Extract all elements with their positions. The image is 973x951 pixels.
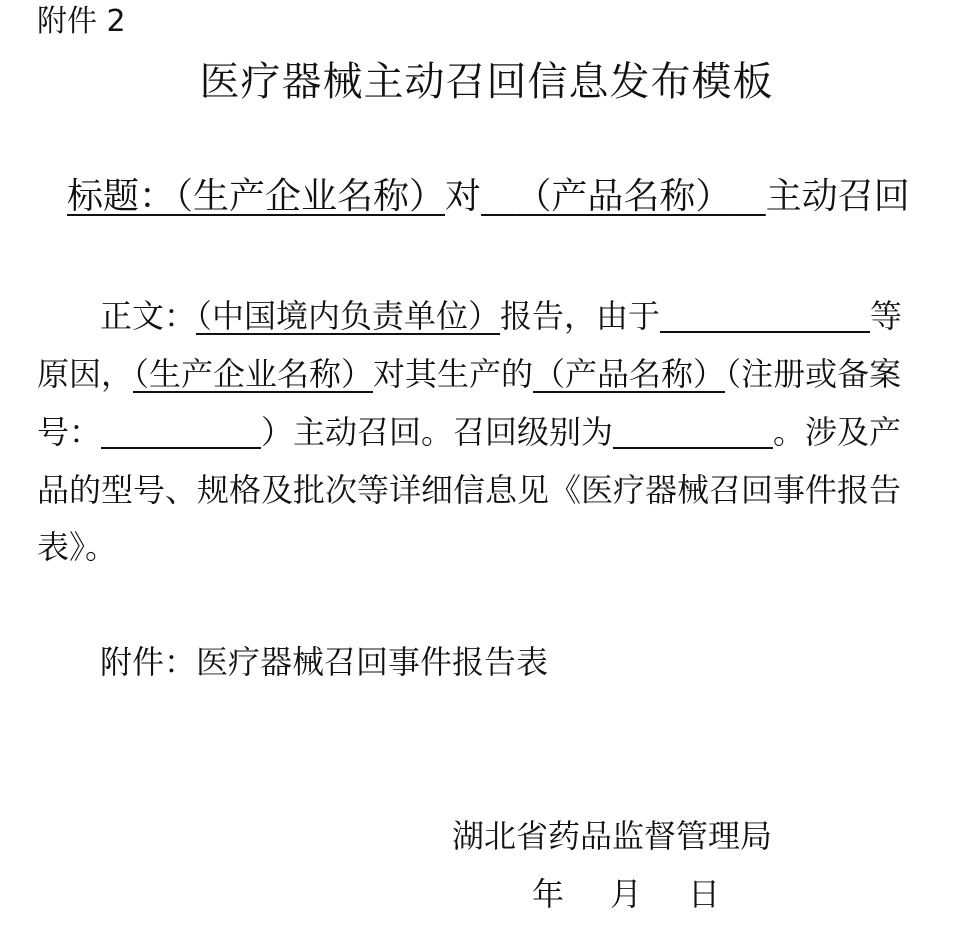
body-line-4: 品的型号、规格及批次等详细信息见《医疗器械召回事件报告	[37, 468, 901, 512]
subject-connector: 对	[445, 176, 481, 217]
date-day: 日	[688, 872, 720, 916]
company-placeholder-body: （生产企业名称）	[133, 355, 373, 393]
date-month: 月	[610, 872, 642, 916]
product-placeholder-field: （产品名称）	[481, 176, 766, 217]
body-label: 正文：	[100, 297, 196, 335]
reason-blank	[660, 301, 870, 333]
body-line-1: 正文：（中国境内负责单位）报告，由于等	[100, 294, 902, 338]
body-line-3: 号：）主动召回。召回级别为。涉及产	[37, 410, 901, 454]
body-line-5: 表》。	[37, 525, 117, 569]
registration-number-blank	[101, 417, 261, 449]
reported-text: 报告，由于	[500, 297, 660, 335]
reason-text: 原因，	[37, 355, 133, 393]
product-placeholder: （产品名称）	[515, 176, 731, 217]
responsible-unit-placeholder: （中国境内负责单位）	[196, 297, 500, 335]
subject-label-and-company: 标题：（生产企业名称）	[67, 176, 445, 217]
body-line-2: 原因，（生产企业名称）对其生产的（产品名称）（注册或备案	[37, 352, 901, 396]
subject-suffix: 主动召回	[766, 176, 910, 217]
registration-prefix: （注册或备案	[725, 355, 901, 393]
attachment-label: 附件 2	[37, 2, 126, 42]
date-year: 年	[532, 872, 564, 916]
involves-text: 。涉及产	[773, 413, 901, 451]
subject-line: 标题：（生产企业名称）对 （产品名称） 主动召回	[67, 173, 910, 221]
produced-by-text: 对其生产的	[373, 355, 533, 393]
document-title: 医疗器械主动召回信息发布模板	[0, 56, 973, 108]
issuer-name: 湖北省药品监督管理局	[452, 814, 772, 858]
attachment-note: 附件：医疗器械召回事件报告表	[100, 640, 548, 684]
etc-text: 等	[870, 297, 902, 335]
recall-statement: ）主动召回。召回级别为	[261, 413, 613, 451]
date-line: 年月日	[532, 872, 720, 916]
subject-label: 标题：	[67, 176, 175, 217]
company-placeholder: （生产企业名称）	[175, 176, 445, 217]
recall-level-blank	[613, 417, 773, 449]
number-label: 号：	[37, 413, 101, 451]
product-placeholder-body: （产品名称）	[533, 355, 725, 393]
